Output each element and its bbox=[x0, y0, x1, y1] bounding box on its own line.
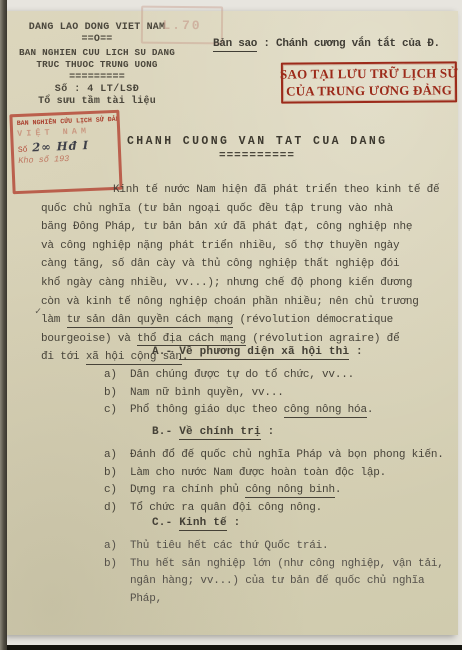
document-title: CHANH CUONG VAN TAT CUA DANG bbox=[127, 135, 387, 148]
scanned-document-photo: DANG LAO DONG VIET NAM ==O== BAN NGHIEN … bbox=[0, 0, 462, 650]
document-paper: DANG LAO DONG VIET NAM ==O== BAN NGHIEN … bbox=[7, 11, 458, 635]
document-number: Số : 4 LT/LSĐ bbox=[1, 84, 193, 96]
item-label: a) bbox=[104, 538, 130, 556]
item-text: Đánh đổ đế quốc chủ nghĩa Pháp và bọn ph… bbox=[130, 447, 458, 465]
section-b-items: a) Đánh đổ đế quốc chủ nghĩa Pháp và bọn… bbox=[104, 447, 458, 517]
registry-stamp-number-label: Số bbox=[18, 146, 28, 155]
item-label: b) bbox=[104, 556, 130, 609]
photo-bottom-edge bbox=[0, 645, 462, 650]
letterhead-divider-2: ========= bbox=[1, 72, 193, 84]
section-b-politics: B.- Về chính trị : a) Đánh đổ đế quốc ch… bbox=[7, 426, 458, 517]
faint-stamp: L.70 bbox=[141, 6, 223, 45]
letterhead-affiliation-line: TRUC THUOC TRUNG UONG bbox=[1, 59, 193, 71]
list-item: c) Dựng ra chính phủ công nông binh. bbox=[104, 482, 458, 500]
title-rule: ========== bbox=[127, 150, 387, 162]
item-text: Làm cho nước Nam được hoàn toàn độc lập. bbox=[130, 465, 458, 483]
item-text: Thủ tiêu hết các thứ Quốc trái. bbox=[130, 538, 458, 556]
list-item: d) Tổ chức ra quân đội công nông. bbox=[104, 500, 458, 518]
letterhead-unit-line: Tổ sưu tầm tài liệu bbox=[1, 96, 193, 108]
list-item: b) Làm cho nước Nam được hoàn toàn độc l… bbox=[104, 465, 458, 483]
faint-stamp-text: L.70 bbox=[162, 17, 201, 32]
section-a-heading: A.- Về phương diện xã hội thì : bbox=[152, 346, 458, 358]
letterhead-dept-line: BAN NGHIEN CUU LICH SU DANG bbox=[1, 47, 193, 59]
item-label: d) bbox=[104, 500, 130, 518]
item-text: Dân chúng được tự do tổ chức, vv... bbox=[130, 367, 458, 385]
item-label: a) bbox=[104, 447, 130, 465]
item-label: c) bbox=[104, 482, 130, 500]
registry-stamp-handwritten-number: 2∞ Hđ I bbox=[32, 138, 89, 154]
copy-note: Bản sao : Chánh cương vắn tắt của Đ. bbox=[213, 38, 440, 50]
section-b-heading: B.- Về chính trị : bbox=[152, 426, 458, 438]
archive-stamp-line2: CỦA TRUNG ƯƠNG ĐẢNG bbox=[286, 82, 452, 100]
list-item: a) Thủ tiêu hết các thứ Quốc trái. bbox=[104, 538, 458, 556]
section-c-items: a) Thủ tiêu hết các thứ Quốc trái. b) Th… bbox=[104, 538, 458, 608]
section-c-economy: C.- Kinh tế : a) Thủ tiêu hết các thứ Qu… bbox=[7, 517, 458, 608]
photo-left-edge-shadow bbox=[0, 0, 7, 650]
margin-check-mark: ✓ bbox=[35, 306, 41, 318]
item-text: Nam nữ bình quyền, vv... bbox=[130, 385, 458, 403]
list-item: a) Dân chúng được tự do tổ chức, vv... bbox=[104, 367, 458, 385]
item-text: Dựng ra chính phủ công nông binh. bbox=[130, 482, 458, 500]
title-block: CHANH CUONG VAN TAT CUA DANG ========== bbox=[127, 135, 387, 162]
list-item: b) Thu hết sản nghiệp lớn (như công nghi… bbox=[104, 556, 458, 609]
archive-stamp: SAO TẠI LƯU TRỮ LỊCH SỬ CỦA TRUNG ƯƠNG Đ… bbox=[281, 61, 457, 103]
archive-stamp-line1: SAO TẠI LƯU TRỮ LỊCH SỬ bbox=[280, 65, 458, 83]
list-item: c) Phổ thông giáo dục theo công nông hóa… bbox=[104, 402, 458, 420]
item-text: Phổ thông giáo dục theo công nông hóa. bbox=[130, 402, 458, 420]
intro-paragraph: Kinh tế nước Nam hiện đã phát triển theo… bbox=[41, 181, 459, 367]
item-label: b) bbox=[104, 465, 130, 483]
list-item: b) Nam nữ bình quyền, vv... bbox=[104, 385, 458, 403]
list-item: a) Đánh đổ đế quốc chủ nghĩa Pháp và bọn… bbox=[104, 447, 458, 465]
item-text: Tổ chức ra quân đội công nông. bbox=[130, 500, 458, 518]
item-label: c) bbox=[104, 402, 130, 420]
item-label: a) bbox=[104, 367, 130, 385]
section-a-items: a) Dân chúng được tự do tổ chức, vv... b… bbox=[104, 367, 458, 420]
section-a-society: A.- Về phương diện xã hội thì : a) Dân c… bbox=[7, 346, 458, 420]
item-text: Thu hết sản nghiệp lớn (như công nghiệp,… bbox=[130, 556, 458, 609]
item-label: b) bbox=[104, 385, 130, 403]
section-c-heading: C.- Kinh tế : bbox=[152, 517, 458, 529]
